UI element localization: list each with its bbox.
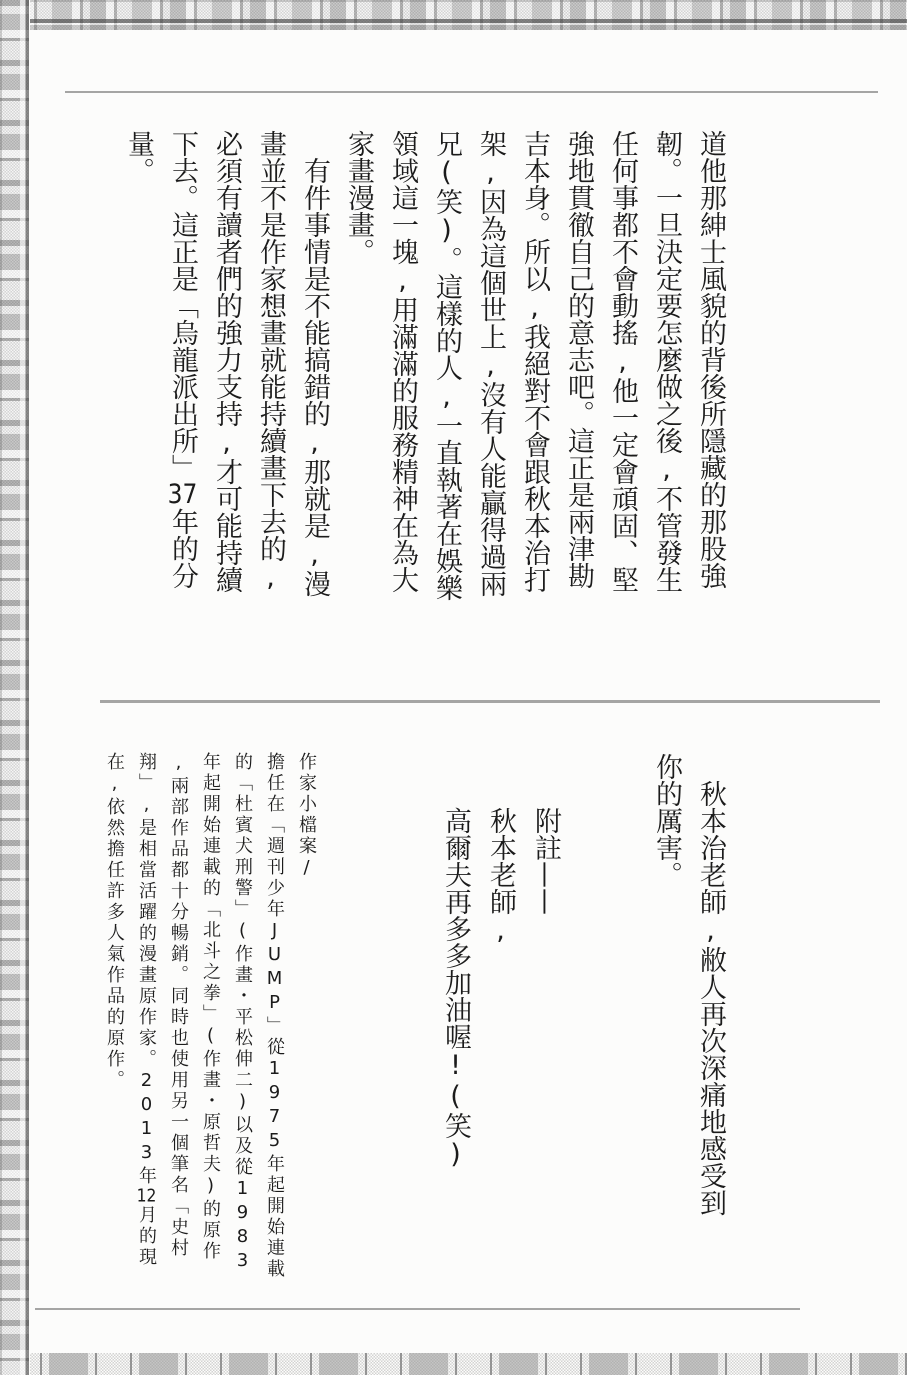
plaid-border-left: [0, 0, 30, 1375]
text-column: 擔任在「週刊少年JUMP」從1975年起開始連載: [258, 752, 290, 1280]
closing-remark-block: 秋本治老師,敝人再次深痛地感受到你的厲害。: [644, 753, 732, 1216]
text-column: 兄(笑)。這樣的人,一直執著在娛樂: [424, 130, 468, 601]
plaid-border-bottom: [30, 1353, 907, 1375]
text-column: 家畫漫畫。: [336, 130, 380, 601]
top-divider-rule: [65, 91, 878, 93]
text-column: 的「杜賓犬刑警」(作畫・平松伸二)以及從1983: [226, 752, 258, 1280]
bottom-divider-rule: [35, 1308, 800, 1310]
middle-divider-rule: [100, 700, 880, 703]
text-column: 吉本身。所以,我絕對不會跟秋本治打: [512, 130, 556, 601]
text-column: 在,依然擔任許多人氣作品的原作。: [98, 752, 130, 1280]
text-column: 任何事都不會動搖,他一定會頑固、堅: [600, 130, 644, 601]
text-column: 領域這一塊,用滿滿的服務精神在為大: [380, 130, 424, 601]
text-column: 秋本治老師,敝人再次深痛地感受到: [688, 753, 732, 1216]
text-column: 高爾夫再多多加油喔!(笑): [433, 807, 478, 1170]
text-column: 量。: [116, 130, 160, 601]
text-column: 下去。這正是「烏龍派出所」37年的分: [160, 130, 204, 601]
author-profile-block: 作家小檔案/擔任在「週刊少年JUMP」從1975年起開始連載的「杜賓犬刑警」(作…: [98, 752, 322, 1280]
postscript-note-block: 附註——秋本老師,高爾夫再多多加油喔!(笑): [433, 807, 568, 1170]
text-column: 架,因為這個世上,沒有人能贏得過兩: [468, 130, 512, 601]
text-column: 強地貫徹自己的意志吧。這正是兩津勘: [556, 130, 600, 601]
plaid-border-top: [0, 0, 907, 33]
text-column: ,兩部作品都十分暢銷。同時也使用另一個筆名「史村: [162, 752, 194, 1280]
text-column: 道他那紳士風貌的背後所隱藏的那股強: [688, 130, 732, 601]
text-column: 有件事情是不能搞錯的,那就是,漫: [292, 130, 336, 601]
text-column: 秋本老師,: [478, 807, 523, 1170]
text-column: 翔」,是相當活躍的漫畫原作家。2013年12月的現: [130, 752, 162, 1280]
text-column: 畫並不是作家想畫就能持續畫下去的,: [248, 130, 292, 601]
text-column: 必須有讀者們的強力支持,才可能持續: [204, 130, 248, 601]
text-column: 年起開始連載的「北斗之拳」(作畫・原哲夫)的原作: [194, 752, 226, 1280]
text-column: 附註——: [523, 807, 568, 1170]
text-column: 韌。一旦決定要怎麼做之後,不管發生: [644, 130, 688, 601]
text-column: 你的厲害。: [644, 753, 688, 1216]
essay-text-block: 道他那紳士風貌的背後所隱藏的那股強韌。一旦決定要怎麼做之後,不管發生任何事都不會…: [116, 130, 732, 601]
text-column: 作家小檔案/: [290, 752, 322, 1280]
